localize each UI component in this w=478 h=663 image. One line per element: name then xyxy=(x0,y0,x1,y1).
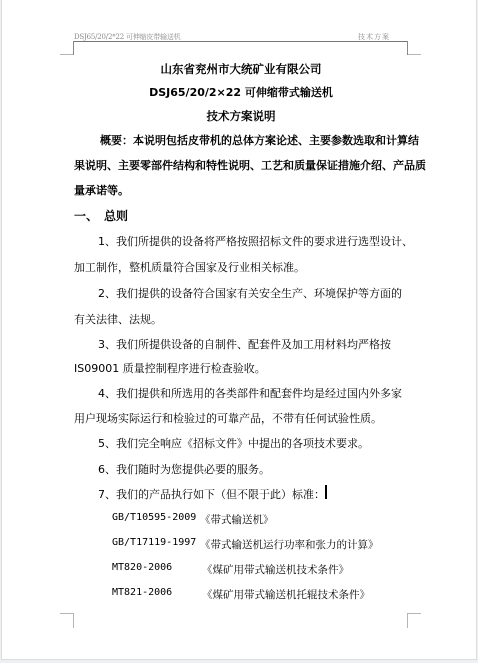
paragraph-4-line-1: 4、我们提供和所选用的各类部件和配套件均是经过国内外多家 xyxy=(98,385,402,401)
paragraph-2-line-1: 2、我们提供的设备符合国家有关安全生产、环境保护等方面的 xyxy=(98,285,402,301)
header-rule xyxy=(74,41,407,42)
paragraph-3-line-2: IS09001 质量控制程序进行检查验收。 xyxy=(74,360,266,376)
summary-line-1: 概要：本说明包括皮带机的总体方案论述、主要参数选取和计算结 xyxy=(100,132,419,148)
section-title: 总则 xyxy=(104,207,128,224)
section-number: 一、 xyxy=(74,207,98,224)
document-type-title: 技术方案说明 xyxy=(2,108,478,124)
standard-name-3: 《煤矿用带式输送机技术条件》 xyxy=(202,562,349,577)
corner-mark-top-left-v xyxy=(73,41,74,55)
paragraph-4-line-2: 用户现场实际运行和检验过的可靠产品，不带有任何试验性质。 xyxy=(74,410,382,426)
corner-mark-bottom-left-h xyxy=(60,613,74,614)
summary-line-3: 量承诺等。 xyxy=(74,182,129,198)
standard-name-1: 《带式输送机》 xyxy=(200,512,274,527)
summary-line-2: 果说明、主要零部件结构和特性说明、工艺和质量保证措施介绍、产品质 xyxy=(74,157,426,173)
standard-code-4: MT821-2006 xyxy=(112,587,172,598)
standard-name-2: 《带式输送机运行功率和张力的计算》 xyxy=(200,537,379,552)
standard-code-2: GB/T17119-1997 xyxy=(112,537,196,548)
paragraph-5: 5、我们完全响应《招标文件》中提出的各项技术要求。 xyxy=(98,435,369,451)
corner-mark-top-left-h xyxy=(60,54,74,55)
paragraph-1-line-1: 1、我们所提供的设备将严格按照招标文件的要求进行选型设计、 xyxy=(98,233,413,249)
corner-mark-bottom-left-v xyxy=(73,613,74,628)
text-cursor xyxy=(325,485,327,499)
corner-mark-top-right-h xyxy=(407,54,421,55)
paragraph-6: 6、我们随时为您提供必要的服务。 xyxy=(98,461,270,477)
standard-name-4: 《煤矿用带式输送机托辊技术条件》 xyxy=(202,587,370,602)
paragraph-7: 7、我们的产品执行如下（但不限于此）标准： xyxy=(98,486,325,502)
document-page[interactable]: DSJ65/20/2*22 可伸缩皮带输送机 技术方案 山东省兖州市大统矿业有限… xyxy=(1,0,477,660)
product-title: DSJ65/20/2×22 可伸缩带式输送机 xyxy=(2,84,478,100)
paragraph-3-line-1: 3、我们所提供设备的自制件、配套件及加工用材料均严格按 xyxy=(98,336,391,352)
paragraph-2-line-2: 有关法律、法规。 xyxy=(74,311,162,327)
corner-mark-bottom-right-v xyxy=(407,613,408,628)
corner-mark-bottom-right-h xyxy=(407,613,421,614)
corner-mark-top-right-v xyxy=(407,41,408,55)
standard-code-3: MT820-2006 xyxy=(112,562,172,573)
paragraph-1-line-2: 加工制作，整机质量符合国家及行业相关标准。 xyxy=(74,259,305,275)
standard-code-1: GB/T10595-2009 xyxy=(112,512,196,523)
company-title: 山东省兖州市大统矿业有限公司 xyxy=(2,61,478,77)
